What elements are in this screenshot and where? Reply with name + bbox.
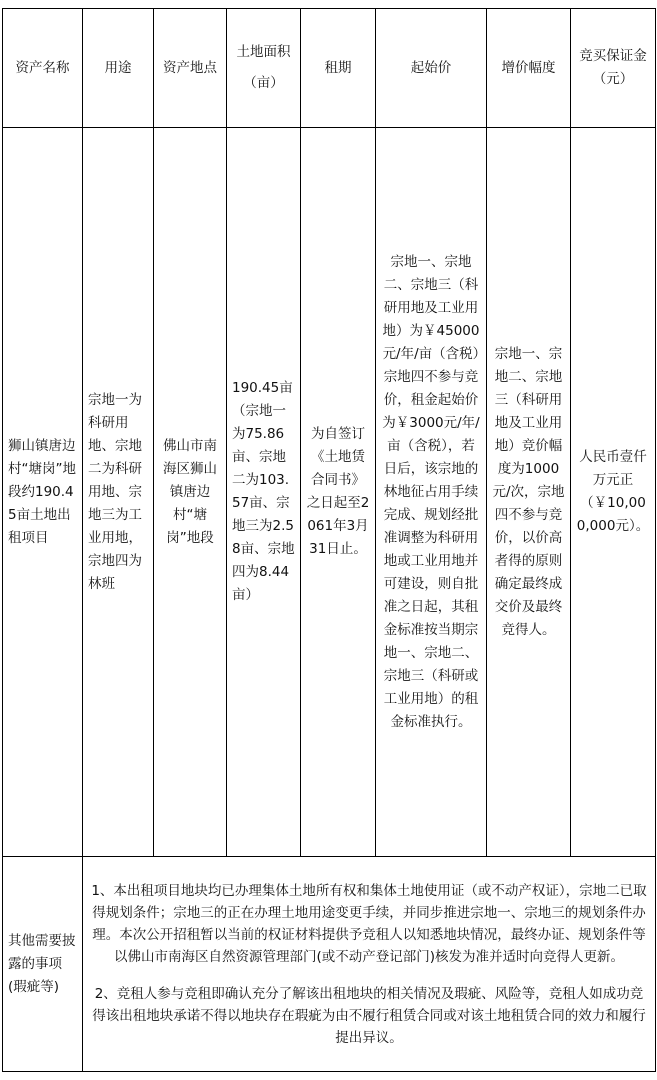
header-deposit-label: 竞买保证金 bbox=[576, 45, 650, 68]
notes-label: 其他需要披露的事项(瑕疵等) bbox=[3, 857, 83, 1072]
cell-increment: 宗地一、宗地二、宗地三（科研用地及工业用地）竞价幅度为1000元/次，宗地四不参… bbox=[487, 128, 571, 857]
cell-deposit: 人民币壹仟万元正（￥10,000,000元）。 bbox=[571, 128, 656, 857]
header-area-unit: （亩） bbox=[232, 72, 295, 95]
header-row: 资产名称 用途 资产地点 土地面积 （亩） 租期 起始价 增价幅度 竞买保证金 … bbox=[3, 9, 656, 128]
note-item-2: 2、竞租人参与竞租即确认充分了解该出租地块的相关情况及瑕疵、风险等，竞租人如成功… bbox=[88, 983, 650, 1049]
header-asset-name: 资产名称 bbox=[3, 9, 83, 128]
note-item-1: 1、本出租项目地块均已办理集体土地所有权和集体土地使用证（或不动产权证），宗地二… bbox=[88, 880, 650, 968]
header-area-label: 土地面积 bbox=[232, 41, 295, 64]
notes-row: 其他需要披露的事项(瑕疵等) 1、本出租项目地块均已办理集体土地所有权和集体土地… bbox=[3, 857, 656, 1072]
header-starting-price: 起始价 bbox=[376, 9, 487, 128]
cell-usage: 宗地一为科研用地、宗地二为科研用地、宗地三为工业用地，宗地四为林班 bbox=[83, 128, 154, 857]
notes-content: 1、本出租项目地块均已办理集体土地所有权和集体土地使用证（或不动产权证），宗地二… bbox=[83, 857, 656, 1072]
cell-starting-price: 宗地一、宗地二、宗地三（科研用地及工业用地）为￥45000元/年/亩（含税）宗地… bbox=[376, 128, 487, 857]
table-row: 狮山镇唐边村“塘岗”地段约190.45亩土地出租项目 宗地一为科研用地、宗地二为… bbox=[3, 128, 656, 857]
header-area: 土地面积 （亩） bbox=[227, 9, 301, 128]
header-lease-term: 租期 bbox=[301, 9, 376, 128]
header-deposit: 竞买保证金 （元） bbox=[571, 9, 656, 128]
header-location: 资产地点 bbox=[154, 9, 227, 128]
cell-asset-name: 狮山镇唐边村“塘岗”地段约190.45亩土地出租项目 bbox=[3, 128, 83, 857]
land-lease-table: 资产名称 用途 资产地点 土地面积 （亩） 租期 起始价 增价幅度 竞买保证金 … bbox=[2, 8, 656, 1072]
cell-location: 佛山市南海区狮山镇唐边村“塘岗”地段 bbox=[154, 128, 227, 857]
cell-lease-term: 为自签订《土地赁合同书》之日起至2061年3月31日止。 bbox=[301, 128, 376, 857]
header-deposit-unit: （元） bbox=[576, 68, 650, 91]
header-increment: 增价幅度 bbox=[487, 9, 571, 128]
header-usage: 用途 bbox=[83, 9, 154, 128]
cell-area: 190.45亩（宗地一为75.86亩、宗地二为103.57亩、宗地三为2.58亩… bbox=[227, 128, 301, 857]
